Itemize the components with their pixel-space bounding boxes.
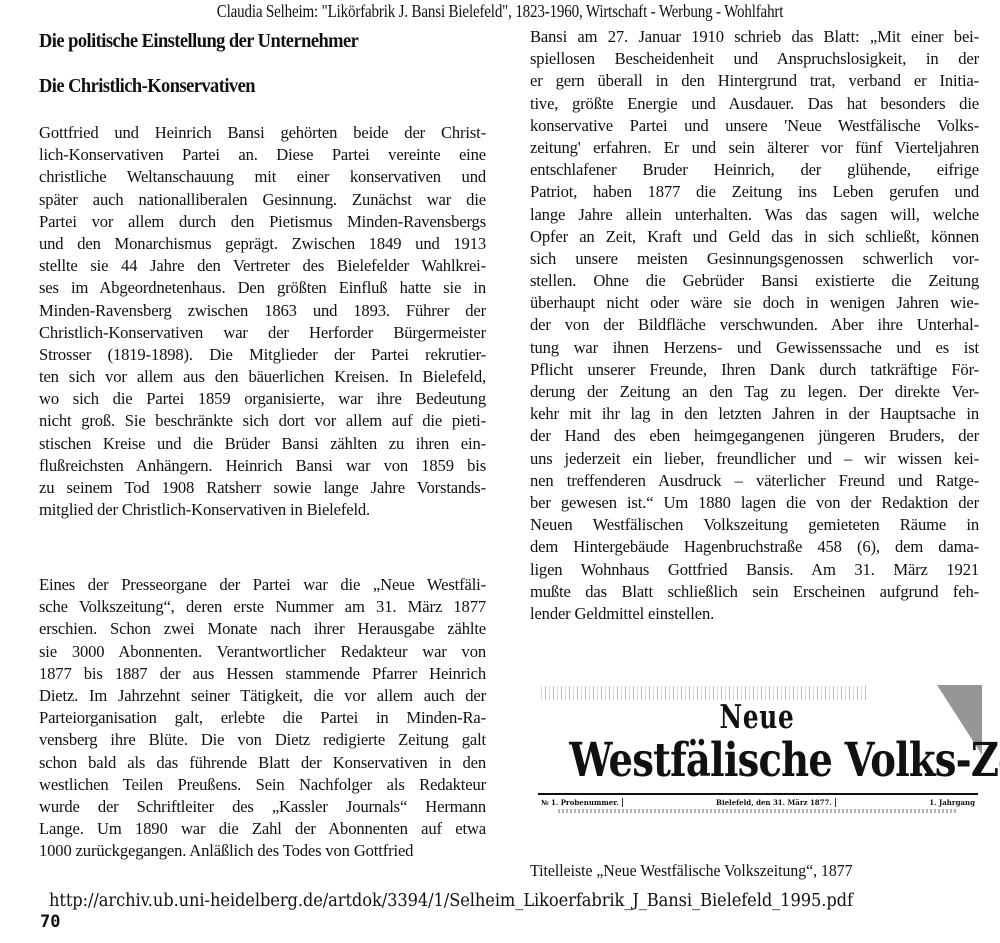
text-line: erschien. Schon zwei Monate nach ihrer H…	[39, 618, 486, 640]
text-line: 1877 bis 1887 der aus Hessen stammende P…	[39, 663, 486, 685]
text-line: derung der Zeitung an den Tag zu legen. …	[530, 381, 979, 403]
text-line: Patriot, haben 1877 die Zeitung ins Lebe…	[530, 181, 979, 203]
text-line: zeitung' erfahren. Er und sein älterer v…	[530, 137, 979, 159]
source-url[interactable]: http://archiv.ub.uni-heidelberg.de/artdo…	[49, 891, 853, 911]
page-number: 70	[40, 912, 60, 932]
text-line: sche Volkszeitung“, deren erste Nummer a…	[39, 596, 486, 618]
text-line: ber gewesen ist.“ Um 1880 lagen die von …	[530, 492, 979, 514]
text-line: zu seinem Tod 1908 Ratsherr sowie lange …	[39, 477, 486, 499]
text-line: nicht groß. Sie beschränkte sich dort vo…	[39, 410, 486, 432]
text-line: vensberg ihre Blüte. Die von Dietz redig…	[39, 729, 486, 751]
newspaper-masthead-image: Neue Westfälische Volks-Zeitung. № 1. Pr…	[528, 683, 986, 813]
text-line: ses im Abgeordnetenhaus. Den größten Ein…	[39, 277, 486, 299]
text-line: sie 3000 Abonnenten. Verantwortlicher Re…	[39, 641, 486, 663]
text-line: der Hand des eben heimgegangenen jüngere…	[530, 425, 979, 447]
text-line: christliche Weltanschauung mit einer kon…	[39, 166, 486, 188]
text-line: mitglied der Christlich-Konservativen in…	[39, 499, 486, 521]
issue-volume: 1. Jahrgang	[926, 798, 978, 807]
text-line: spiellosen Bescheidenheit und Anspruchsl…	[530, 48, 979, 70]
text-line: kehr mit ihr lag in den letzten Jahren i…	[530, 403, 979, 425]
masthead-title: Westfälische Volks-Zeitung.	[569, 733, 945, 788]
text-line: sich unsere meisten Gesinnungsgenossen s…	[530, 248, 979, 270]
text-line: und den Monarchismus geprägt. Zwischen 1…	[39, 233, 486, 255]
section-heading: Die politische Einstellung der Unternehm…	[39, 28, 358, 54]
paragraph-2: Eines der Presseorgane der Partei war di…	[39, 574, 486, 862]
text-line: 1000 zurückgegangen. Anläßlich des Todes…	[39, 840, 486, 862]
text-line: Bansi am 27. Januar 1910 schrieb das Bla…	[530, 26, 979, 48]
text-line: dem Hintergebäude Hagenbruchstraße 458 (…	[530, 536, 979, 558]
text-line: uns jederzeit ein lieber, freundlicher u…	[530, 448, 979, 470]
text-line: Strosser (1819-1898). Die Mitglieder der…	[39, 344, 486, 366]
paragraph-3: Bansi am 27. Januar 1910 schrieb das Bla…	[530, 26, 979, 625]
text-line: lich-Konservativen Partei an. Diese Part…	[39, 144, 486, 166]
figure-caption: Titelleiste „Neue Westfälische Volkszeit…	[530, 861, 853, 881]
text-line: Gottfried und Heinrich Bansi gehörten be…	[39, 122, 486, 144]
masthead-top-word: Neue	[585, 697, 929, 736]
text-line: ten sich vor allem aus den bäuerlichen K…	[39, 366, 486, 388]
text-line: Opfer an Zeit, Kraft und Geld das in sic…	[530, 226, 979, 248]
paragraph-1: Gottfried und Heinrich Bansi gehörten be…	[39, 122, 486, 521]
text-line: schon bald als das führende Blatt der Ko…	[39, 752, 486, 774]
text-line: nen treffenderen Ausdruck – väterlicher …	[530, 470, 979, 492]
text-line: Minden-Ravensberg zwischen 1863 und 1893…	[39, 300, 486, 322]
text-line: flußreichsten Anhängern. Heinrich Bansi …	[39, 455, 486, 477]
text-line: tive, größte Energie und Ausdauer. Das h…	[530, 93, 979, 115]
text-line: später auch nationalliberalen Gesinnung.…	[39, 189, 486, 211]
masthead-fine-print	[558, 809, 958, 813]
text-line: lender Geldmittel einstellen.	[530, 603, 979, 625]
masthead-rule	[538, 793, 978, 795]
text-line: stellte sie 44 Jahre den Vertreter des B…	[39, 255, 486, 277]
issue-number: № 1. Probenummer.	[538, 798, 623, 807]
subsection-heading: Die Christlich-Konservativen	[39, 73, 255, 99]
text-line: mußte das Blatt schließlich sein Erschei…	[530, 581, 979, 603]
text-line: Pflicht unserer Freunde, Ihren Dank durc…	[530, 359, 979, 381]
text-line: wo sich die Partei 1859 organisierte, wa…	[39, 388, 486, 410]
text-line: Neuen Westfälischen Volkszeitung gemiete…	[530, 514, 979, 536]
text-line: entschlafener Bruder Heinrich, der glühe…	[530, 159, 979, 181]
text-line: der von der Bildfläche verschwunden. Abe…	[530, 314, 979, 336]
issue-date: Bielefeld, den 31. März 1877.	[713, 798, 836, 807]
text-line: tung war ihnen Herzens- und Gewissenssac…	[530, 337, 979, 359]
text-line: stischen Kreise und die Brüder Bansi zäh…	[39, 433, 486, 455]
text-line: überhaupt nicht oder wäre sie doch in we…	[530, 292, 979, 314]
text-line: Parteiorganisation galt, erlebte die Par…	[39, 707, 486, 729]
text-line: ligen Wohnhaus Gottfried Bansis. Am 31. …	[530, 559, 979, 581]
text-line: westlichen Teilen Preußens. Sein Nachfol…	[39, 774, 486, 796]
text-line: Partei vor allem durch den Pietismus Min…	[39, 211, 486, 233]
text-line: Eines der Presseorgane der Partei war di…	[39, 574, 486, 596]
text-line: Lange. Um 1890 war die Zahl der Abonnent…	[39, 818, 486, 840]
masthead-info-strip: № 1. Probenummer. Bielefeld, den 31. Mär…	[538, 796, 978, 808]
text-line: konservative Partei und unsere 'Neue Wes…	[530, 115, 979, 137]
text-line: stellen. Ohne die Gebrüder Bansi existie…	[530, 270, 979, 292]
text-line: Christlich-Konservativen war der Herford…	[39, 322, 486, 344]
text-line: Dietz. Im Jahrzehnt seiner Tätigkeit, di…	[39, 685, 486, 707]
text-line: lange Jahre allein unterhalten. Was das …	[530, 204, 979, 226]
running-header: Claudia Selheim: "Likörfabrik J. Bansi B…	[70, 1, 930, 22]
text-line: wurde der Schriftleiter des „Kassler Jou…	[39, 796, 486, 818]
text-line: er gern überall in den Hintergrund trat,…	[530, 70, 979, 92]
